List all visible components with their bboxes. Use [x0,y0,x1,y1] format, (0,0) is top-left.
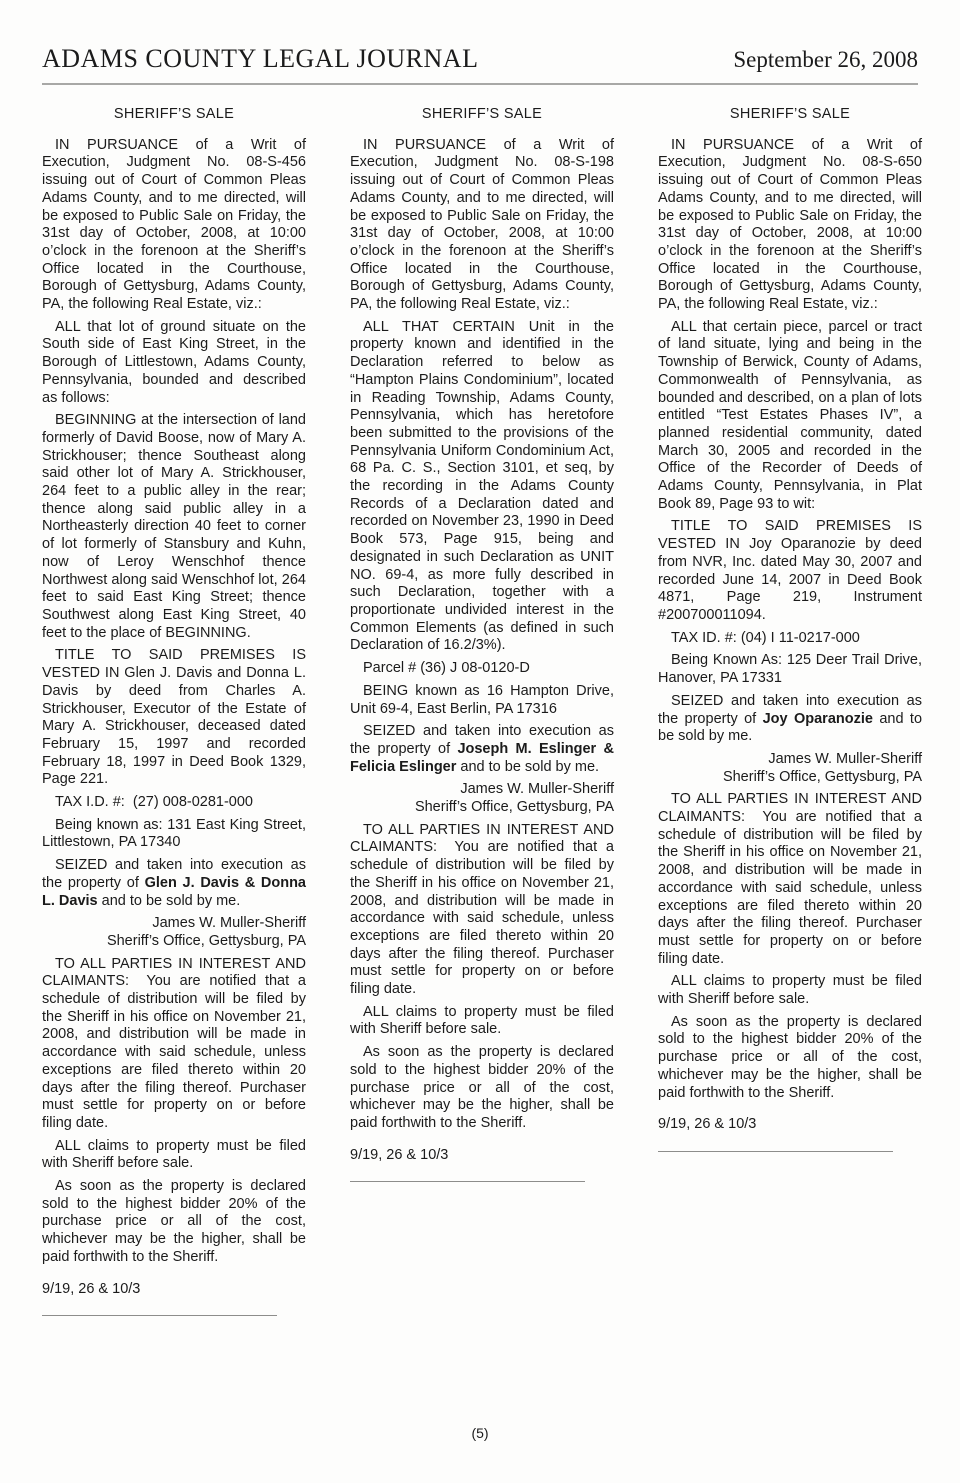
notice-paragraph: BEGINNING at the intersection of land fo… [42,412,306,642]
text-segment: TO ALL PARTIES IN INTEREST AND CLAIMANTS… [42,956,306,1131]
notice-paragraph: IN PURSUANCE of a Writ of Execution, Jud… [42,137,306,314]
notice-paragraph: As soon as the property is declared sold… [350,1044,614,1133]
notice-paragraph: TAX ID. #: (04) I 11-0217-000 [658,630,922,648]
text-segment: IN PURSUANCE of a Writ of Execution, Jud… [350,137,614,312]
text-segment: Being known as: 131 East King Street, Li… [42,817,306,851]
page-footer: (5) [0,1425,960,1441]
notice-paragraph: ALL THAT CERTAIN Unit in the property kn… [350,319,614,655]
text-segment: Sheriff’s Office, Gettysburg, PA [107,933,306,949]
notice-paragraph: SEIZED and taken into execution as the p… [350,723,614,776]
notice-paragraph: IN PURSUANCE of a Writ of Execution, Jud… [350,137,614,314]
notice-heading: SHERIFF’S SALE [350,106,614,124]
notice-paragraph: ALL that certain piece, parcel or tract … [658,319,922,514]
notice-paragraph: As soon as the property is declared sold… [658,1014,922,1103]
text-segment: and to be sold by me. [456,759,599,775]
notice-paragraph: BEING known as 16 Hampton Drive, Unit 69… [350,683,614,718]
signature-line: James W. Muller-Sheriff [658,751,922,769]
text-segment: TO ALL PARTIES IN INTEREST AND CLAIMANTS… [350,822,614,997]
signature-line: James W. Muller-Sheriff [350,781,614,799]
notice-paragraph: TO ALL PARTIES IN INTEREST AND CLAIMANTS… [350,822,614,999]
text-segment: BEGINNING at the intersection of land fo… [42,412,306,640]
notice-paragraph: Parcel # (36) J 08-0120-D [350,660,614,678]
notice-paragraph: SEIZED and taken into execution as the p… [42,857,306,910]
text-segment: Sheriff’s Office, Gettysburg, PA [723,769,922,785]
text-segment: ALL THAT CERTAIN Unit in the property kn… [350,319,614,654]
notice-paragraph: IN PURSUANCE of a Writ of Execution, Jud… [658,137,922,314]
text-segment: ALL that certain piece, parcel or tract … [658,319,922,512]
notice-heading: SHERIFF’S SALE [42,106,306,124]
notice-divider [658,1151,893,1152]
notice-column-2: SHERIFF’S SALEIN PURSUANCE of a Writ of … [350,106,614,1316]
text-segment: BEING known as 16 Hampton Drive, Unit 69… [350,683,614,717]
signature-line: James W. Muller-Sheriff [42,915,306,933]
notice-paragraph: ALL claims to property must be filed wit… [350,1004,614,1039]
notice-paragraph: TITLE TO SAID PREMISES IS VESTED IN Joy … [658,518,922,624]
text-segment: 9/19, 26 & 10/3 [658,1116,756,1132]
text-segment: ALL claims to property must be filed wit… [42,1138,306,1172]
text-segment: TAX I.D. #: (27) 008-0281-000 [55,794,253,810]
text-segment: IN PURSUANCE of a Writ of Execution, Jud… [42,137,306,312]
notice-column-1: SHERIFF’S SALEIN PURSUANCE of a Writ of … [42,106,306,1316]
text-segment: Joy Oparanozie [763,711,873,727]
masthead: ADAMS COUNTY LEGAL JOURNAL September 26,… [42,0,918,74]
notice-paragraph: TO ALL PARTIES IN INTEREST AND CLAIMANTS… [42,956,306,1133]
text-segment: Sheriff’s Office, Gettysburg, PA [415,799,614,815]
text-segment: TITLE TO SAID PREMISES IS VESTED IN Joy … [658,518,922,623]
notice-column-3: SHERIFF’S SALEIN PURSUANCE of a Writ of … [658,106,922,1316]
text-segment: 9/19, 26 & 10/3 [350,1147,448,1163]
text-segment: TAX ID. #: (04) I 11-0217-000 [671,630,860,646]
notice-paragraph: ALL claims to property must be filed wit… [42,1138,306,1173]
notice-heading: SHERIFF’S SALE [658,106,922,124]
publication-dates: 9/19, 26 & 10/3 [350,1147,614,1165]
text-segment: James W. Muller-Sheriff [460,781,614,797]
notice-paragraph: As soon as the property is declared sold… [42,1178,306,1267]
text-segment: 9/19, 26 & 10/3 [42,1281,140,1297]
text-segment: TITLE TO SAID PREMISES IS VESTED IN Glen… [42,647,306,787]
notice-paragraph: ALL that lot of ground situate on the So… [42,319,306,408]
text-segment: Being Known As: 125 Deer Trail Drive, Ha… [658,652,922,686]
text-segment: and to be sold by me. [98,893,241,909]
page-number: (5) [471,1425,488,1441]
text-segment: ALL claims to property must be filed wit… [658,973,922,1007]
publication-dates: 9/19, 26 & 10/3 [42,1281,306,1299]
notice-divider [350,1181,585,1182]
masthead-rule [42,83,918,85]
text-segment: TO ALL PARTIES IN INTEREST AND CLAIMANTS… [658,791,922,966]
text-segment: James W. Muller-Sheriff [768,751,922,767]
notice-paragraph: SEIZED and taken into execution as the p… [658,693,922,746]
notice-columns: SHERIFF’S SALEIN PURSUANCE of a Writ of … [42,106,918,1316]
notice-divider [42,1315,277,1316]
notice-paragraph: TITLE TO SAID PREMISES IS VESTED IN Glen… [42,647,306,789]
text-segment: As soon as the property is declared sold… [42,1178,306,1265]
signature-line: Sheriff’s Office, Gettysburg, PA [42,933,306,951]
text-segment: ALL that lot of ground situate on the So… [42,319,306,406]
text-segment: James W. Muller-Sheriff [152,915,306,931]
text-segment: ALL claims to property must be filed wit… [350,1004,614,1038]
publication-dates: 9/19, 26 & 10/3 [658,1116,922,1134]
notice-paragraph: TAX I.D. #: (27) 008-0281-000 [42,794,306,812]
text-segment: As soon as the property is declared sold… [350,1044,614,1131]
notice-paragraph: Being Known As: 125 Deer Trail Drive, Ha… [658,652,922,687]
signature-line: Sheriff’s Office, Gettysburg, PA [658,769,922,787]
journal-title: ADAMS COUNTY LEGAL JOURNAL [42,44,478,74]
notice-paragraph: TO ALL PARTIES IN INTEREST AND CLAIMANTS… [658,791,922,968]
notice-paragraph: Being known as: 131 East King Street, Li… [42,817,306,852]
signature-line: Sheriff’s Office, Gettysburg, PA [350,799,614,817]
text-segment: IN PURSUANCE of a Writ of Execution, Jud… [658,137,922,312]
text-segment: Parcel # (36) J 08-0120-D [363,660,530,676]
notice-paragraph: ALL claims to property must be filed wit… [658,973,922,1008]
text-segment: As soon as the property is declared sold… [658,1014,922,1101]
issue-date: September 26, 2008 [733,47,918,73]
journal-page: ADAMS COUNTY LEGAL JOURNAL September 26,… [0,0,960,1483]
